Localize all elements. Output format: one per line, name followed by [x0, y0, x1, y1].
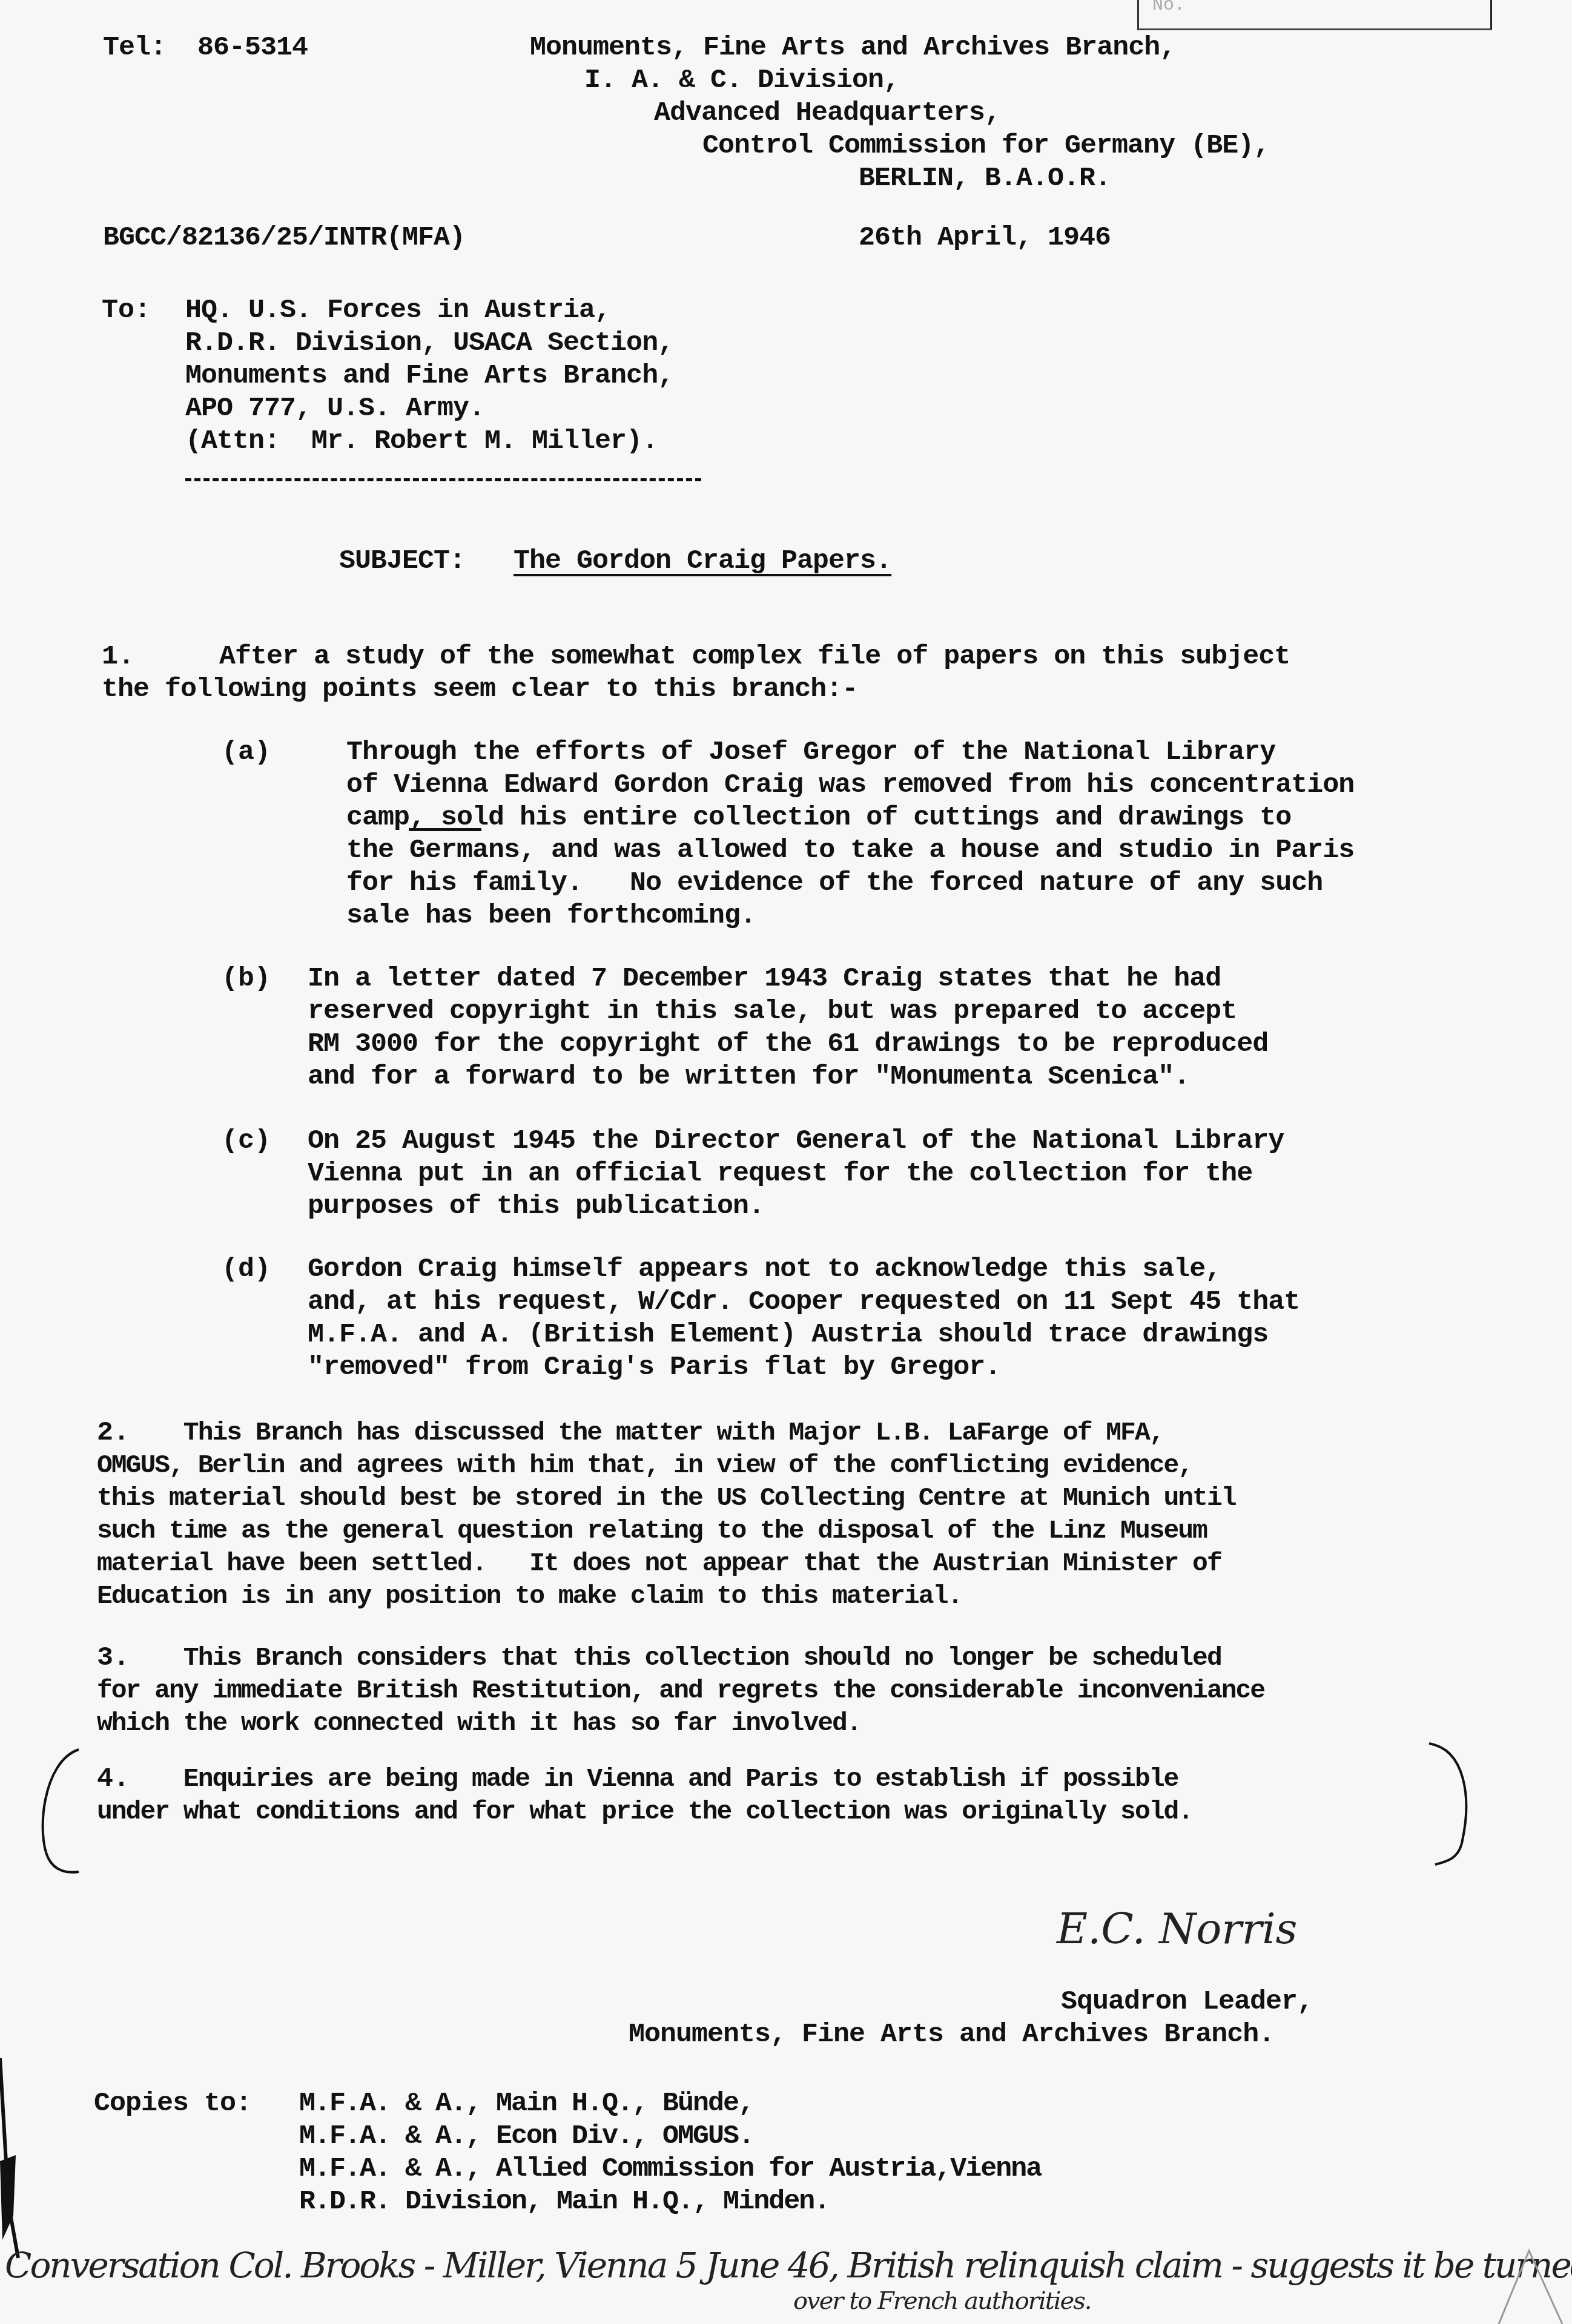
paragraph-line: Education is in any position to make cla… [97, 1580, 1236, 1613]
paragraph-2: This Branch has discussed the matter wit… [97, 1417, 1236, 1613]
address-divider [185, 478, 701, 481]
subject-title: The Gordon Craig Papers. [514, 545, 891, 578]
point-line: reserved copyright in this sale, but was… [308, 995, 1268, 1028]
paragraph-3: This Branch considers that this collecti… [97, 1642, 1264, 1740]
point-d-text: Gordon Craig himself appears not to ackn… [308, 1253, 1300, 1384]
point-line: sale has been forthcoming. [346, 900, 1354, 932]
paragraph-line: This Branch considers that this collecti… [97, 1642, 1264, 1674]
point-line: Gordon Craig himself appears not to ackn… [308, 1253, 1300, 1286]
point-line: In a letter dated 7 December 1943 Craig … [308, 963, 1268, 995]
page-corner-fold [1496, 2246, 1572, 2324]
point-line: Through the efforts of Josef Gregor of t… [346, 736, 1354, 769]
sold-underline [409, 828, 481, 831]
point-line: for his family. No evidence of the force… [346, 867, 1354, 900]
file-number-stamp: No. [1137, 0, 1492, 30]
copy-recipient: R.D.R. Division, Main H.Q., Minden. [299, 2185, 1041, 2218]
point-a-text: Through the efforts of Josef Gregor of t… [346, 736, 1354, 932]
paragraph-line: such time as the general question relati… [97, 1515, 1236, 1547]
point-line: the Germans, and was allowed to take a h… [346, 834, 1354, 867]
letterhead-line-1: Monuments, Fine Arts and Archives Branch… [530, 31, 1175, 64]
point-label: (b) [222, 963, 271, 995]
letter-date: 26th April, 1946 [859, 222, 1111, 254]
copies-label: Copies to: [94, 2087, 251, 2120]
copies-list: M.F.A. & A., Main H.Q., Bünde, M.F.A. & … [299, 2087, 1041, 2218]
point-line: "removed" from Craig's Paris flat by Gre… [308, 1351, 1300, 1384]
letterhead-line-2: I. A. & C. Division, [584, 64, 899, 97]
point-line: and for a forward to be written for "Mon… [308, 1061, 1268, 1093]
point-line: of Vienna Edward Gordon Craig was remove… [346, 769, 1354, 802]
letterhead-line-4: Control Commission for Germany (BE), [702, 130, 1269, 162]
point-line: and, at his request, W/Cdr. Cooper reque… [308, 1286, 1300, 1318]
recipient-line: R.D.R. Division, USACA Section, [185, 327, 673, 360]
paragraph-line: Enquiries are being made in Vienna and P… [97, 1763, 1192, 1796]
point-c-text: On 25 August 1945 the Director General o… [308, 1125, 1284, 1223]
point-label: (d) [222, 1253, 271, 1286]
point-label: (c) [222, 1125, 271, 1157]
letterhead-line-3: Advanced Headquarters, [654, 97, 1000, 130]
point-line: camp, sold his entire collection of cutt… [346, 802, 1354, 834]
handwritten-note-line-1: Conversation Col. Brooks - Miller, Vienn… [5, 2245, 1572, 2286]
paragraph-line: under what conditions and for what price… [97, 1796, 1192, 1828]
paragraph-line: this material should best be stored in t… [97, 1482, 1236, 1515]
stamp-label: No. [1152, 0, 1185, 16]
paragraph-line: material have been settled. It does not … [97, 1547, 1236, 1580]
recipient-line: HQ. U.S. Forces in Austria, [185, 294, 673, 327]
recipient-line: (Attn: Mr. Robert M. Miller). [185, 425, 673, 458]
copy-recipient: M.F.A. & A., Allied Commission for Austr… [299, 2153, 1041, 2185]
paragraph-line: for any immediate British Restitution, a… [97, 1674, 1264, 1707]
point-label: (a) [222, 736, 271, 769]
point-line: Vienna put in an official request for th… [308, 1157, 1284, 1190]
margin-arrow-mark [0, 2058, 36, 2258]
paragraph-1-line: the following points seem clear to this … [102, 673, 857, 706]
paragraph-line: which the work connected with it has so … [97, 1707, 1264, 1740]
recipient-line: Monuments and Fine Arts Branch, [185, 360, 673, 392]
letterhead-line-5: BERLIN, B.A.O.R. [859, 162, 1111, 195]
point-line: RM 3000 for the copyright of the 61 draw… [308, 1028, 1268, 1061]
signature: E.C. Norris [1057, 1904, 1298, 1954]
point-line: On 25 August 1945 the Director General o… [308, 1125, 1284, 1157]
signatory-branch: Monuments, Fine Arts and Archives Branch… [629, 2018, 1274, 2051]
point-b-text: In a letter dated 7 December 1943 Craig … [308, 963, 1268, 1093]
handwritten-note-line-2: over to French authorities. [793, 2287, 1091, 2315]
recipient-line: APO 777, U.S. Army. [185, 392, 673, 425]
point-line: purposes of this publication. [308, 1190, 1284, 1223]
paragraph-4: Enquiries are being made in Vienna and P… [97, 1763, 1192, 1828]
copy-recipient: M.F.A. & A., Econ Div., OMGUS. [299, 2120, 1041, 2153]
telephone-number: Tel: 86-5314 [103, 31, 308, 64]
reference-number: BGCC/82136/25/INTR(MFA) [103, 222, 465, 254]
recipient-label: To: [102, 294, 151, 327]
paragraph-1-line: After a study of the somewhat complex fi… [219, 640, 1290, 673]
copy-recipient: M.F.A. & A., Main H.Q., Bünde, [299, 2087, 1041, 2120]
subject-label: SUBJECT: [339, 545, 465, 578]
paragraph-line: This Branch has discussed the matter wit… [97, 1417, 1236, 1449]
recipient-address: HQ. U.S. Forces in Austria, R.D.R. Divis… [185, 294, 673, 458]
document-page: No. Tel: 86-5314 Monuments, Fine Arts an… [0, 0, 1572, 2324]
paragraph-line: OMGUS, Berlin and agrees with him that, … [97, 1449, 1236, 1482]
point-line: M.F.A. and A. (British Element) Austria … [308, 1318, 1300, 1351]
paragraph-number: 1. [102, 640, 134, 673]
signatory-title: Squadron Leader, [1061, 1986, 1313, 2018]
